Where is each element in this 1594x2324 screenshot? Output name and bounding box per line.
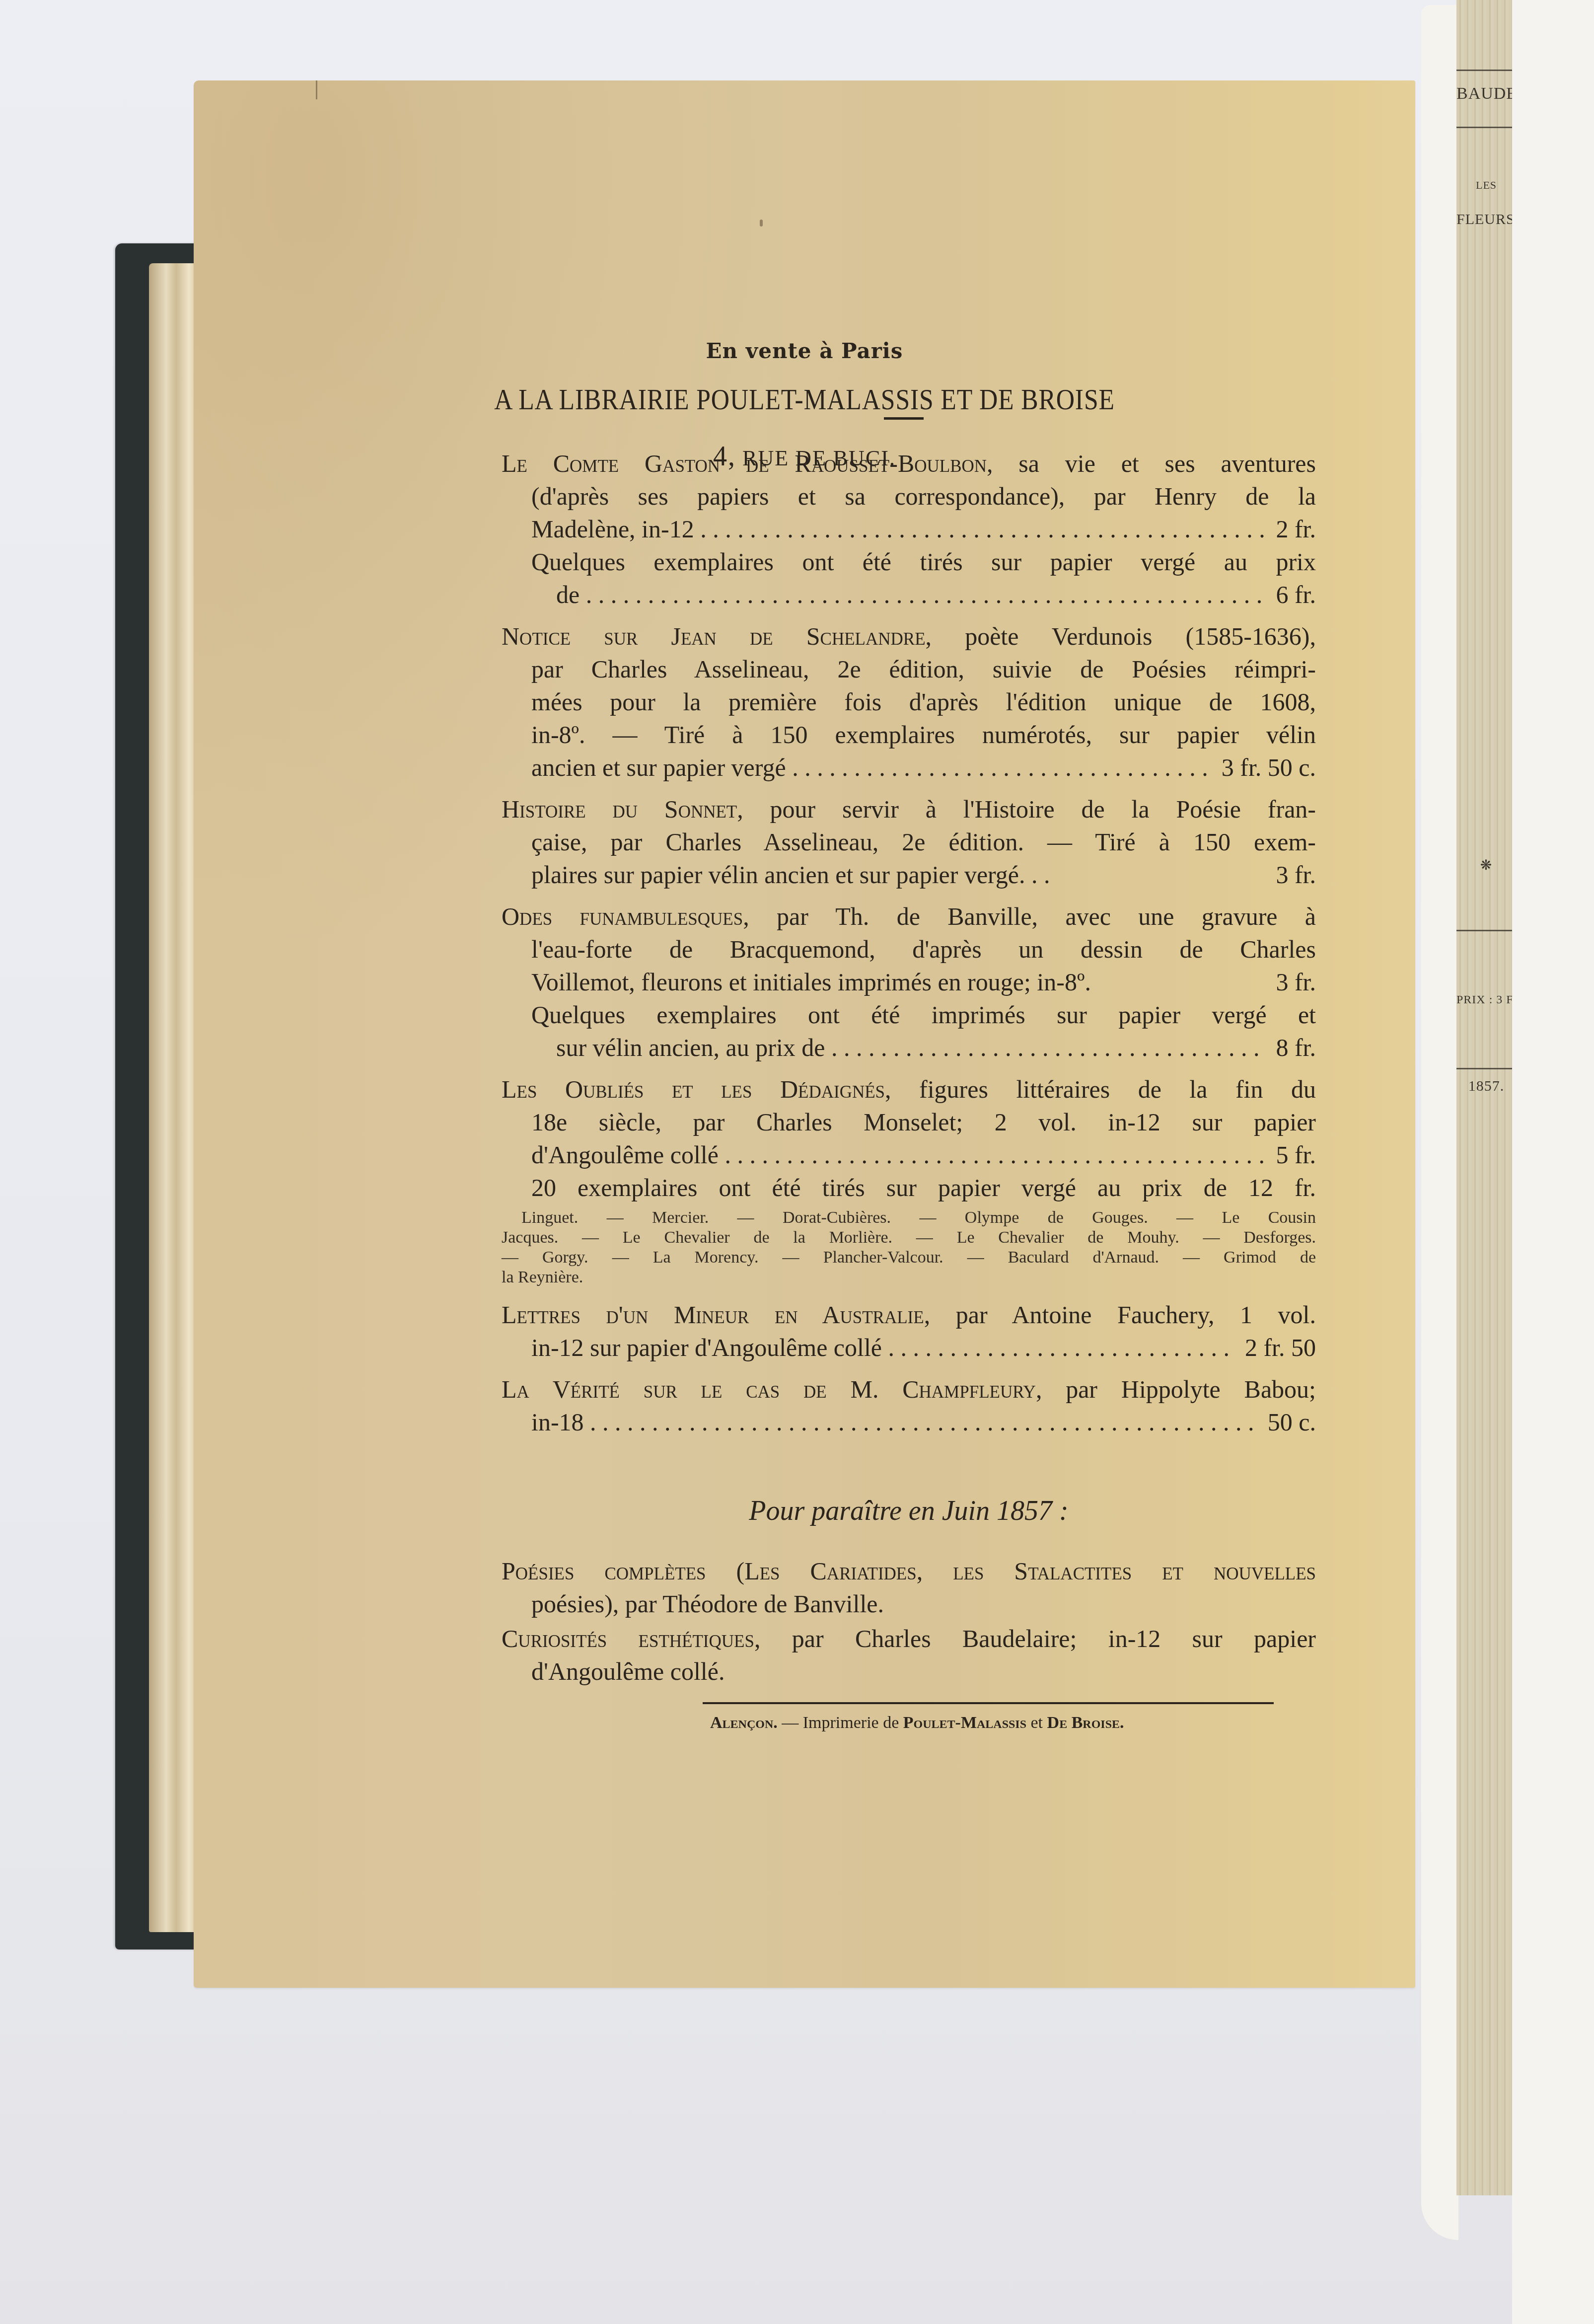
author-names-list: Linguet. — Mercier. — Dorat-Cubières. — … (502, 1208, 1316, 1287)
spine-rule (1456, 930, 1516, 931)
entry-price: 6 fr. (1266, 578, 1316, 611)
upcoming-entry: Poésies complètes (Les Cariatides, les S… (502, 1555, 1316, 1620)
entry-title: Histoire du Sonnet (502, 795, 737, 823)
catalog-entry: Notice sur Jean de Schelandre, poète Ver… (502, 620, 1316, 784)
entry-price: 2 fr. 50 (1235, 1331, 1316, 1364)
catalog-entry: Lettres d'un Mineur en Australie, par An… (502, 1298, 1316, 1364)
catalog-entry: Odes funambulesques, par Th. de Banville… (502, 900, 1316, 1064)
entry-title: Poésies complètes (502, 1557, 706, 1585)
entry-price: 5 fr. (1266, 1138, 1316, 1171)
spine-rule (1456, 1068, 1516, 1069)
ornament-icon: ❋ (1456, 857, 1516, 874)
entry-price: 3 fr. (1266, 858, 1316, 891)
entry-price: 8 fr. (1266, 1031, 1316, 1064)
catalog-entry: Le Comte Gaston de Raousset-Boulbon, sa … (502, 447, 1316, 611)
upcoming-heading: Pour paraître en Juin 1857 : (502, 1495, 1316, 1527)
entry-title: La Vérité sur le cas de M. Champfleury (502, 1375, 1036, 1403)
adjacent-book-page (1512, 0, 1594, 2324)
paper-spot (760, 220, 763, 226)
header-on-sale: En vente à Paris (194, 339, 1415, 363)
book-page-edges (149, 263, 199, 1932)
entry-title: Odes funambulesques (502, 902, 743, 930)
entry-price: 3 fr. (1266, 966, 1316, 998)
adjacent-book-spine: BAUDELAIRE LES FLEURS DU MAL ❋ PRIX : 3 … (1456, 0, 1516, 2195)
header-divider (884, 417, 924, 420)
catalog-entry: Histoire du Sonnet, pour servir à l'Hist… (502, 793, 1316, 891)
catalog-list: Le Comte Gaston de Raousset-Boulbon, sa … (502, 447, 1316, 1447)
spine-author: BAUDELAIRE (1456, 84, 1516, 103)
entry-title: Curiosités esthétiques (502, 1625, 754, 1652)
entry-price: 3 fr. 50 c. (1212, 751, 1316, 784)
upcoming-entry: Curiosités esthétiques, par Charles Baud… (502, 1622, 1316, 1688)
catalog-entry: Les Oubliés et les Dédaignés, figures li… (502, 1073, 1316, 1204)
entry-title: Les Oubliés et les Dédaignés (502, 1075, 885, 1103)
footer-divider (703, 1702, 1274, 1704)
spine-rule (1456, 70, 1516, 71)
upcoming-list: Poésies complètes (Les Cariatides, les S… (502, 1555, 1316, 1690)
spine-article: LES (1456, 179, 1516, 192)
header-bookshop: A LA LIBRAIRIE POULET-MALASSIS ET DE BRO… (279, 382, 1330, 417)
entry-title: Notice sur Jean de Schelandre (502, 622, 926, 650)
entry-price: 50 c. (1258, 1406, 1316, 1438)
spine-title: FLEURS DU MAL (1456, 211, 1516, 228)
catalog-entry: La Vérité sur le cas de M. Champfleury, … (502, 1373, 1316, 1438)
spine-rule (1456, 127, 1516, 128)
entry-title: Lettres d'un Mineur en Australie (502, 1301, 924, 1329)
spine-year: 1857. (1456, 1078, 1516, 1095)
spine-price: PRIX : 3 FR (1456, 993, 1516, 1007)
paper-crease (316, 80, 317, 99)
printer-imprint: Alençon. — Imprimerie de Poulet-Malassis… (710, 1714, 1124, 1732)
adjacent-book-page-edge (1421, 5, 1458, 2240)
entry-title: Le Comte Gaston de Raousset-Boulbon (502, 450, 987, 477)
entry-price: 2 fr. (1266, 513, 1316, 545)
